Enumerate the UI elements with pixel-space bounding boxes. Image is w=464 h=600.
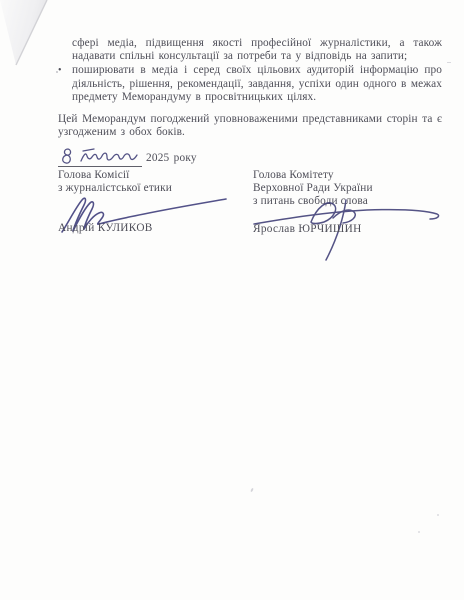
continuation-text: сфері медіа, підвищення якості професійн… <box>72 37 442 62</box>
signatory-left-name: Андрій КУЛИКОВ <box>58 222 153 235</box>
bullet-marker: • <box>58 64 72 104</box>
bullet-item: • поширювати в медіа і серед своїх цільо… <box>58 64 442 104</box>
signatory-right-name: Ярослав ЮРЧИШИН <box>253 223 362 236</box>
continuation-paragraph: сфері медіа, підвищення якості професійн… <box>58 37 442 63</box>
closing-paragraph: Цей Меморандум погоджений уповноваженими… <box>58 113 442 139</box>
scan-speck <box>437 514 439 516</box>
scan-speck <box>418 531 420 533</box>
scanned-document-page: сфері медіа, підвищення якості професійн… <box>0 0 464 600</box>
scan-speck <box>250 488 254 492</box>
signatory-right: Голова Комітету Верховної Ради України з… <box>253 169 445 264</box>
scan-speck <box>447 62 451 63</box>
signatory-right-title-line-1: Голова Комітету <box>253 169 445 182</box>
document-body: сфері медіа, підвищення якості професійн… <box>58 37 442 174</box>
signatory-right-title-line-3: з питань свободи слова <box>253 195 445 208</box>
handwritten-date <box>59 144 149 168</box>
signatory-left-title-line-2: з журналістської етики <box>58 182 243 195</box>
page-corner-fold <box>0 0 50 68</box>
signatory-left: Голова Комісії з журналістської етики Ан… <box>58 169 243 249</box>
date-year-text: 2025 року <box>146 152 197 165</box>
signatory-right-title-line-2: Верховної Ради України <box>253 182 445 195</box>
bullet-item-text: поширювати в медіа і серед своїх цільови… <box>72 64 442 104</box>
signatory-left-title-line-1: Голова Комісії <box>58 169 243 182</box>
